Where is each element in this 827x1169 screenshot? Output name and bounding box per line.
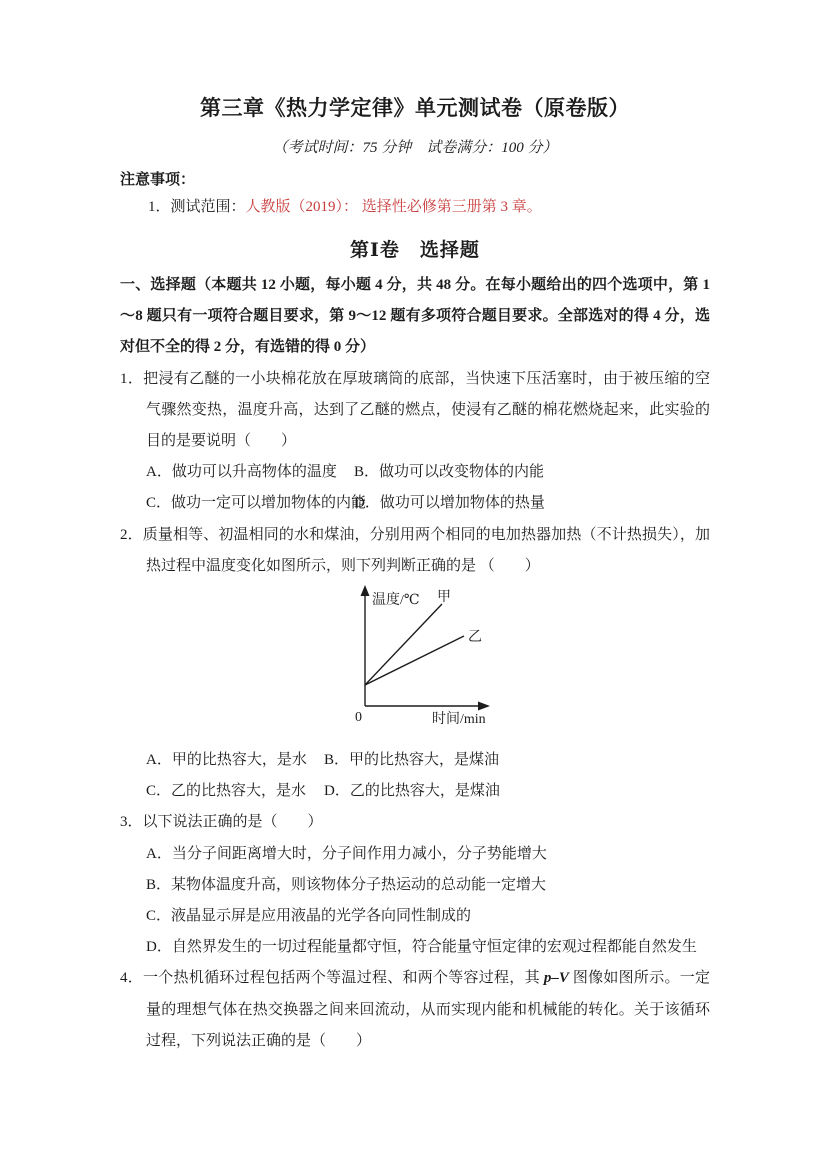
option-c: C．液晶显示屏是应用液晶的光学各向同性制成的 <box>146 901 710 932</box>
question-2: 2．质量相等、初温相同的水和煤油，分别用两个相同的电加热器加热（不计热损失），加… <box>120 520 710 808</box>
question-4: 4．一个热机循环过程包括两个等温过程、和两个等容过程，其 p–V 图像如图所示。… <box>120 963 710 1057</box>
option-d: D．自然界发生的一切过程能量都守恒，符合能量守恒定律的宏观过程都能自然发生 <box>146 932 710 963</box>
question-3-number: 3． <box>120 814 143 830</box>
y-axis-arrow-icon <box>361 585 370 596</box>
question-2-number: 2． <box>120 527 143 543</box>
question-2-text: 2．质量相等、初温相同的水和煤油，分别用两个相同的电加热器加热（不计热损失），加… <box>120 520 710 582</box>
pv-symbol: p–V <box>544 970 569 986</box>
question-4-number: 4． <box>120 970 143 986</box>
question-4-text: 4．一个热机循环过程包括两个等温过程、和两个等容过程，其 p–V 图像如图所示。… <box>120 963 710 1057</box>
notice-heading: 注意事项： <box>120 167 710 194</box>
y-axis-label: 温度/℃ <box>372 591 420 608</box>
exam-time-score-line: （考试时间：75 分钟 试卷满分：100 分） <box>120 136 710 157</box>
option-c: C．乙的比热容大，是水 <box>146 776 324 807</box>
option-b: B．某物体温度升高，则该物体分子热运动的总动能一定增大 <box>146 870 710 901</box>
test-paper-page: 第三章《热力学定律》单元测试卷（原卷版） （考试时间：75 分钟 试卷满分：10… <box>0 0 827 1169</box>
line-jia-label: 甲 <box>437 589 451 605</box>
option-row: C．乙的比热容大，是水 D．乙的比热容大，是煤油 <box>146 776 710 807</box>
notice-item-scope: 1．测试范围：人教版（2019）： 选择性必修第三册第 3 章。 <box>120 194 710 221</box>
option-b: B．做功可以改变物体的内能 <box>354 457 544 488</box>
question-3-options: A．当分子间距离增大时，分子间作用力减小，分子势能增大 B．某物体温度升高，则该… <box>120 839 710 964</box>
notice-item-prefix: 1．测试范围： <box>148 199 246 215</box>
page-title: 第三章《热力学定律》单元测试卷（原卷版） <box>120 92 710 122</box>
option-row: A．甲的比热容大，是水 B．甲的比热容大，是煤油 <box>146 745 710 776</box>
temperature-time-chart: 温度/℃ 甲 乙 0 时间/min <box>346 585 516 733</box>
origin-label: 0 <box>355 710 362 725</box>
x-axis-arrow-icon <box>478 701 490 710</box>
option-row: A．做功可以升高物体的温度 B．做功可以改变物体的内能 <box>146 457 710 488</box>
section-intro: 一、选择题（本题共 12 小题，每小题 4 分，共 48 分。在每小题给出的四个… <box>120 270 710 364</box>
line-jia <box>365 604 442 685</box>
question-1: 1．把浸有乙醚的一小块棉花放在厚玻璃筒的底部，当快速下压活塞时，由于被压缩的空气… <box>120 364 710 520</box>
option-c: C．做功一定可以增加物体的内能 <box>146 488 354 519</box>
question-1-number: 1． <box>120 371 143 387</box>
question-2-options: A．甲的比热容大，是水 B．甲的比热容大，是煤油 C．乙的比热容大，是水 D．乙… <box>120 745 710 807</box>
question-1-options: A．做功可以升高物体的温度 B．做功可以改变物体的内能 C．做功一定可以增加物体… <box>120 457 710 519</box>
option-a: A．甲的比热容大，是水 <box>146 745 324 776</box>
option-row: C．做功一定可以增加物体的内能 D．做功可以增加物体的热量 <box>146 488 710 519</box>
section-title: 第Ⅰ卷 选择题 <box>120 235 710 262</box>
option-d: D．乙的比热容大，是煤油 <box>324 776 500 807</box>
option-b: B．甲的比热容大，是煤油 <box>324 745 499 776</box>
line-yi-label: 乙 <box>468 630 482 645</box>
line-yi <box>365 636 464 685</box>
option-a: A．当分子间距离增大时，分子间作用力减小，分子势能增大 <box>146 839 710 870</box>
question-2-figure: 温度/℃ 甲 乙 0 时间/min <box>346 585 710 745</box>
question-3-text: 3．以下说法正确的是（ ） <box>120 807 710 838</box>
question-3: 3．以下说法正确的是（ ） A．当分子间距离增大时，分子间作用力减小，分子势能增… <box>120 807 710 963</box>
notice-item-scope-red: 人教版（2019）： 选择性必修第三册第 3 章。 <box>246 199 542 215</box>
question-1-text: 1．把浸有乙醚的一小块棉花放在厚玻璃筒的底部，当快速下压活塞时，由于被压缩的空气… <box>120 364 710 458</box>
option-a: A．做功可以升高物体的温度 <box>146 457 354 488</box>
x-axis-label: 时间/min <box>432 711 486 727</box>
option-d: D．做功可以增加物体的热量 <box>354 488 545 519</box>
